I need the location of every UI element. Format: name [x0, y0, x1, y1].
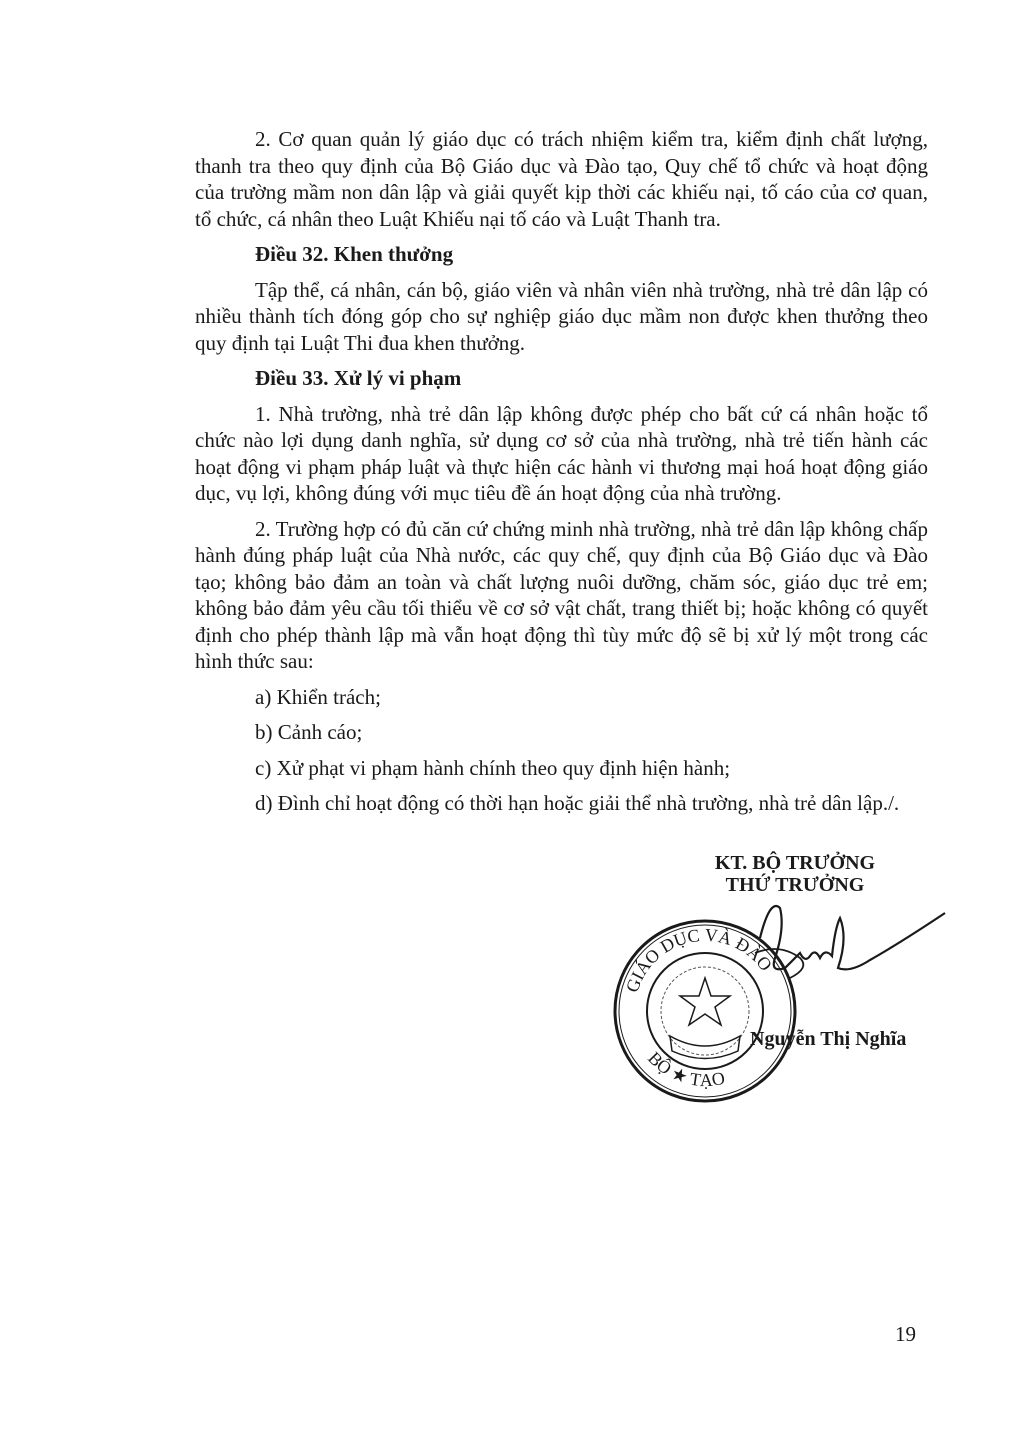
article-32-body: Tập thể, cá nhân, cán bộ, giáo viên và n…	[195, 277, 928, 357]
seal-text-bottom: TẠO	[689, 1068, 727, 1090]
document-page: 2. Cơ quan quản lý giáo dục có trách nhi…	[0, 0, 1024, 1438]
penalty-item: a) Khiển trách;	[195, 684, 928, 711]
penalty-item: c) Xử phạt vi phạm hành chính theo quy đ…	[195, 755, 928, 782]
article-33-clause-1: 1. Nhà trường, nhà trẻ dân lập không đượ…	[195, 401, 928, 507]
seal-text-left: GIÁO	[622, 945, 664, 995]
article-33-heading: Điều 33. Xử lý vi phạm	[195, 365, 928, 392]
handwritten-signature-icon	[740, 898, 950, 1028]
seal-text-bottom-left: BỘ	[644, 1048, 676, 1079]
signer-role-line-2: THỨ TRƯỞNG	[600, 874, 960, 896]
paragraph-inspection: 2. Cơ quan quản lý giáo dục có trách nhi…	[195, 126, 928, 232]
signer-name: Nguyễn Thị Nghĩa	[750, 1028, 906, 1051]
article-32-number: Điều 32.	[255, 242, 329, 266]
document-body: 2. Cơ quan quản lý giáo dục có trách nhi…	[195, 126, 928, 817]
penalty-item: b) Cảnh cáo;	[195, 719, 928, 746]
article-32-title: Khen thưởng	[334, 242, 453, 266]
page-number: 19	[895, 1322, 916, 1347]
penalty-item: d) Đình chỉ hoạt động có thời hạn hoặc g…	[195, 790, 928, 817]
signer-role-line-1: KT. BỘ TRƯỞNG	[600, 852, 960, 874]
article-33-title: Xử lý vi phạm	[334, 366, 462, 390]
signature-block: KT. BỘ TRƯỞNG THỨ TRƯỞNG GIÁO DỤC VÀ ĐÀO…	[600, 848, 960, 1118]
article-33-clause-2: 2. Trường hợp có đủ căn cứ chứng minh nh…	[195, 516, 928, 675]
article-33-number: Điều 33.	[255, 366, 329, 390]
article-32-heading: Điều 32. Khen thưởng	[195, 241, 928, 268]
